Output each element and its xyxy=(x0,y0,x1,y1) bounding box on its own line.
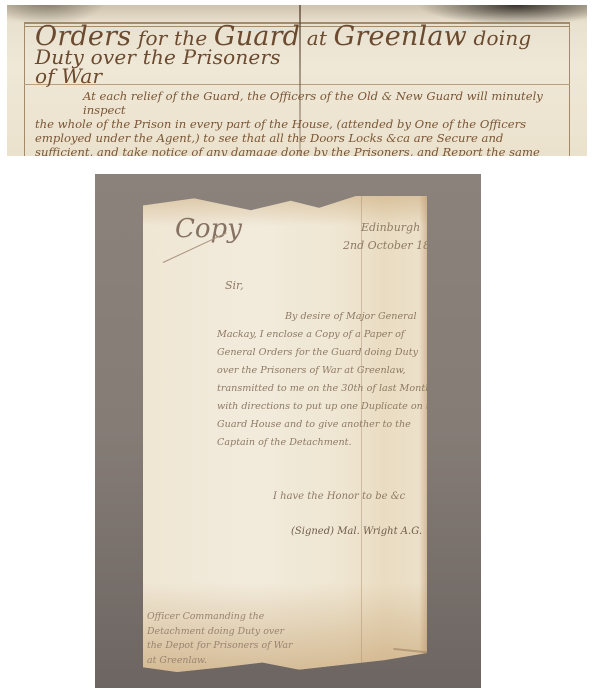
letter-line: transmitted to me on the 30th of last Mo… xyxy=(217,380,442,398)
title-word: Greenlaw xyxy=(334,21,467,52)
orders-title: Orders for the Guard at Greenlaw doing D… xyxy=(35,27,575,86)
letter-line: Captain of the Detachment. xyxy=(217,434,442,452)
orders-body: At each relief of the Guard, the Officer… xyxy=(35,89,580,156)
letter-closing: I have the Honor to be &c xyxy=(273,491,405,502)
title-line-2: of War xyxy=(35,64,102,88)
letter-line: General Orders for the Guard doing Duty xyxy=(217,344,442,362)
letter-date: 2nd October 1805. xyxy=(343,239,448,252)
letter-line: Mackay, I enclose a Copy of a Paper of xyxy=(217,326,442,344)
title-word: at xyxy=(300,26,333,50)
letter-place: Edinburgh xyxy=(361,221,420,234)
letter-paper: Copy Edinburgh 2nd October 1805. Sir, By… xyxy=(143,196,427,672)
letter-line: By desire of Major General xyxy=(217,308,442,326)
letter-address: Officer Commanding the Detachment doing … xyxy=(147,610,292,668)
address-line: at Greenlaw. xyxy=(147,654,292,669)
orders-line: employed under the Agent,) to see that a… xyxy=(35,131,580,145)
letter-signature: (Signed) Mal. Wright A.G. xyxy=(291,526,422,537)
address-line: Detachment doing Duty over xyxy=(147,625,292,640)
address-line: Officer Commanding the xyxy=(147,610,292,625)
letter-line: with directions to put up one Duplicate … xyxy=(217,398,442,416)
ruled-border xyxy=(24,22,25,156)
address-town: Pennycuick. xyxy=(248,672,309,683)
orders-document-photo: Orders for the Guard at Greenlaw doing D… xyxy=(7,5,587,156)
orders-line: the whole of the Prison in every part of… xyxy=(35,117,580,131)
orders-line: sufficient, and take notice of any damag… xyxy=(35,145,580,156)
orders-line: At each relief of the Guard, the Officer… xyxy=(35,89,580,117)
letter-body: By desire of Major General Mackay, I enc… xyxy=(217,308,442,452)
letter-line: Guard House and to give another to the xyxy=(217,416,442,434)
address-line: the Depot for Prisoners of War xyxy=(147,639,292,654)
letter-photo: Copy Edinburgh 2nd October 1805. Sir, By… xyxy=(95,174,481,688)
letter-salutation: Sir, xyxy=(225,279,244,292)
letter-line: over the Prisoners of War at Greenlaw, xyxy=(217,362,442,380)
